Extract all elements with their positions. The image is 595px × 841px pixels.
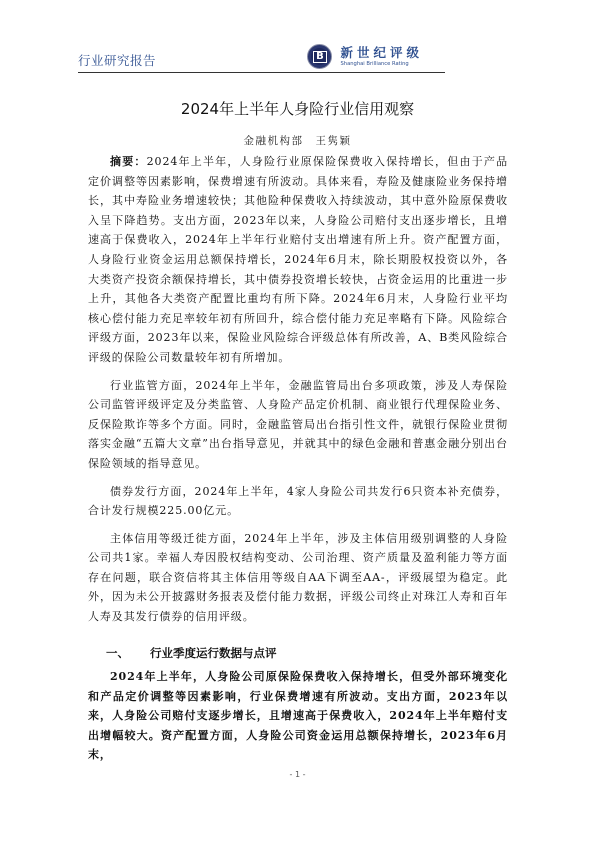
abstract-text: 2024年上半年，人身险行业原保险保费收入保持增长，但由于产品定价调整等因素影响… [88, 155, 508, 364]
logo-name-cn: 新世纪评级 [340, 45, 423, 60]
logo-mark: B [313, 51, 327, 63]
section-title: 行业季度运行数据与点评 [150, 646, 277, 660]
section-heading: 一、行业季度运行数据与点评 [106, 645, 277, 661]
abstract-label: 摘要： [110, 155, 147, 168]
logo-name-en: Shanghai Brilliance Rating [340, 60, 423, 68]
paragraph-regulation: 行业监管方面，2024年上半年，金融监管局出台多项政策，涉及人寿保险公司监管评级… [88, 376, 508, 474]
paragraph-bond-issuance: 债券发行方面，2024年上半年，4家人身险公司共发行6只资本补充债券，合计发行规… [88, 482, 508, 521]
page-number: - 1 - [0, 770, 595, 779]
logo-text: 新世纪评级 Shanghai Brilliance Rating [340, 45, 423, 68]
document-title: 2024年上半年人身险行业信用观察 [0, 98, 595, 119]
author-line: 金融机构部 王隽颖 [0, 133, 595, 148]
section-number: 一、 [106, 645, 150, 661]
paragraph-rating-migration: 主体信用等级迁徙方面，2024年上半年，涉及主体信用级别调整的人身险公司共1家。… [88, 529, 508, 627]
page-header: 行业研究报告 B 新世纪评级 Shanghai Brilliance Ratin… [78, 36, 445, 73]
logo-emblem-icon: B [307, 44, 332, 69]
report-category: 行业研究报告 [78, 51, 156, 69]
section-paragraph: 2024年上半年，人身险公司原保险保费收入保持增长，但受外部环境变化和产品定价调… [88, 667, 508, 765]
abstract-paragraph: 摘要：2024年上半年，人身险行业原保险保费收入保持增长，但由于产品定价调整等因… [88, 152, 508, 368]
section-body: 2024年上半年，人身险公司原保险保费收入保持增长，但受外部环境变化和产品定价调… [88, 667, 508, 773]
company-logo: B 新世纪评级 Shanghai Brilliance Rating [307, 44, 423, 69]
document-body: 摘要：2024年上半年，人身险行业原保险保费收入保持增长，但由于产品定价调整等因… [88, 152, 508, 635]
